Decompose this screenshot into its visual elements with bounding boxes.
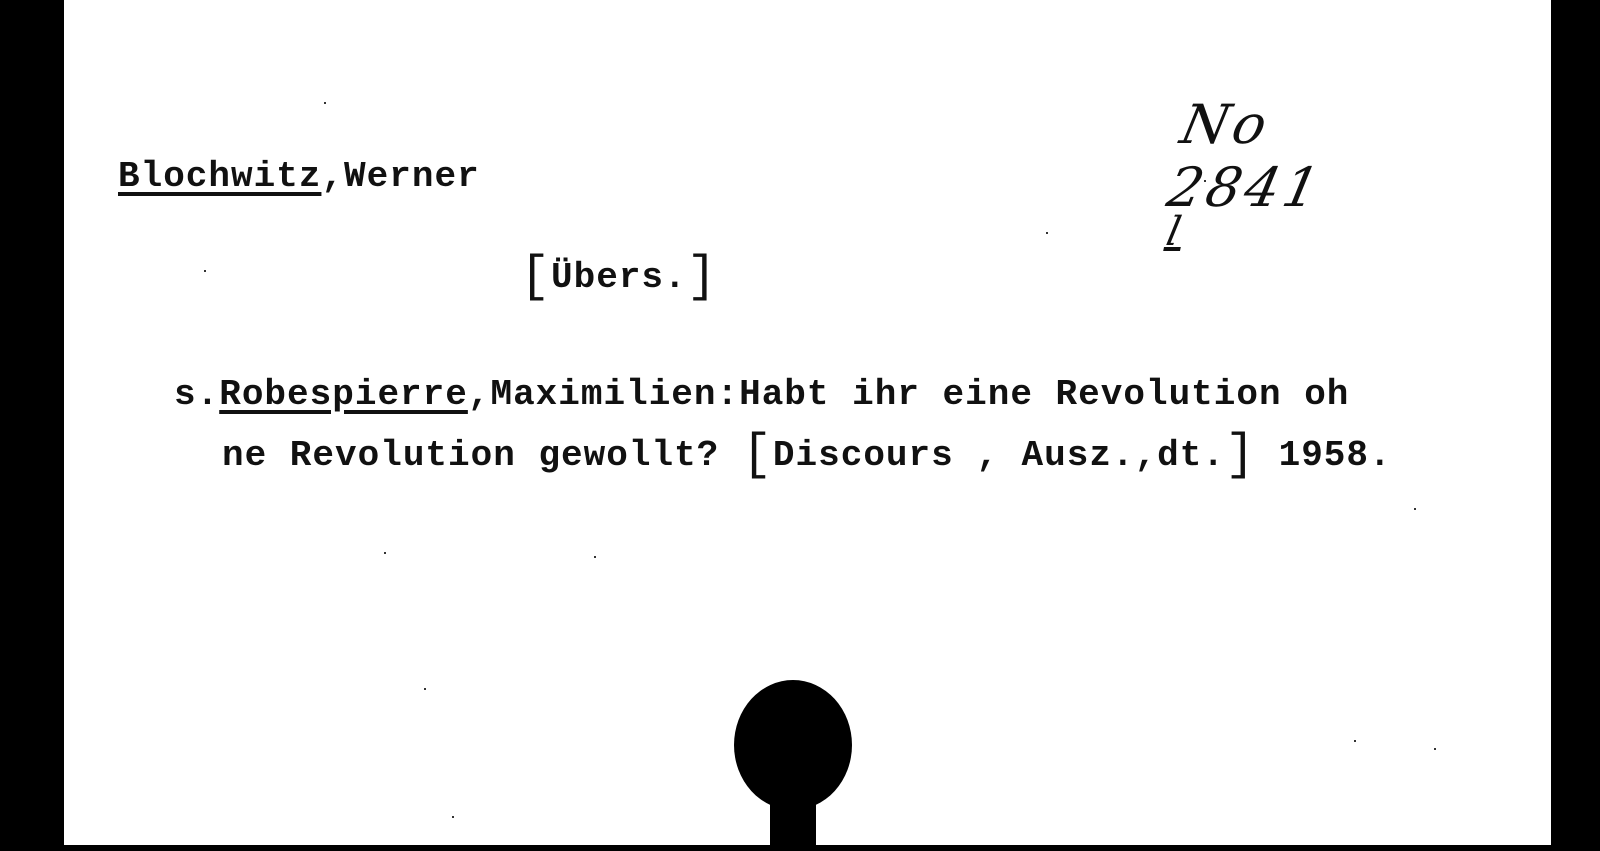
reference-note: Discours , Ausz.,dt. [773,435,1225,476]
call-number: No 2841 l [1051,30,1356,345]
speck [384,552,386,554]
speck [324,102,326,104]
role-open-bracket: [ [520,249,551,306]
author-forename: Werner [344,156,480,197]
speck [204,270,206,272]
role-designation: [Übers.] [520,246,718,303]
speck [1204,180,1206,182]
reference-title-end: ne Revolution gewollt? [222,435,742,476]
role-close-bracket: ] [687,249,718,306]
speck [594,556,596,558]
catalog-card: No 2841 l Blochwitz,Werner [Übers.] s.Ro… [64,0,1551,845]
reference-line-2: ne Revolution gewollt? [Discours , Ausz.… [222,424,1392,481]
call-number-prefix: No [1175,93,1276,156]
author-separator: , [321,156,344,197]
reference-line-1: s.Robespierre,Maximilien:Habt ihr eine R… [174,374,1349,415]
speck [452,816,454,818]
note-open-bracket: [ [742,427,773,484]
role-text: Übers. [551,257,687,298]
referenced-author-surname: Robespierre [219,374,468,415]
author-surname: Blochwitz [118,156,321,197]
speck [1046,232,1048,234]
see-prefix: s. [174,374,219,415]
reference-title-start: ,Maximilien:Habt ihr eine Revolution oh [468,374,1350,415]
speck [1434,748,1436,750]
reference-year: 1958. [1256,435,1392,476]
author-heading: Blochwitz,Werner [118,156,480,197]
speck [1354,740,1356,742]
speck [424,688,426,690]
note-close-bracket: ] [1225,427,1256,484]
punch-hole-slot [770,790,816,845]
speck [1414,508,1416,510]
